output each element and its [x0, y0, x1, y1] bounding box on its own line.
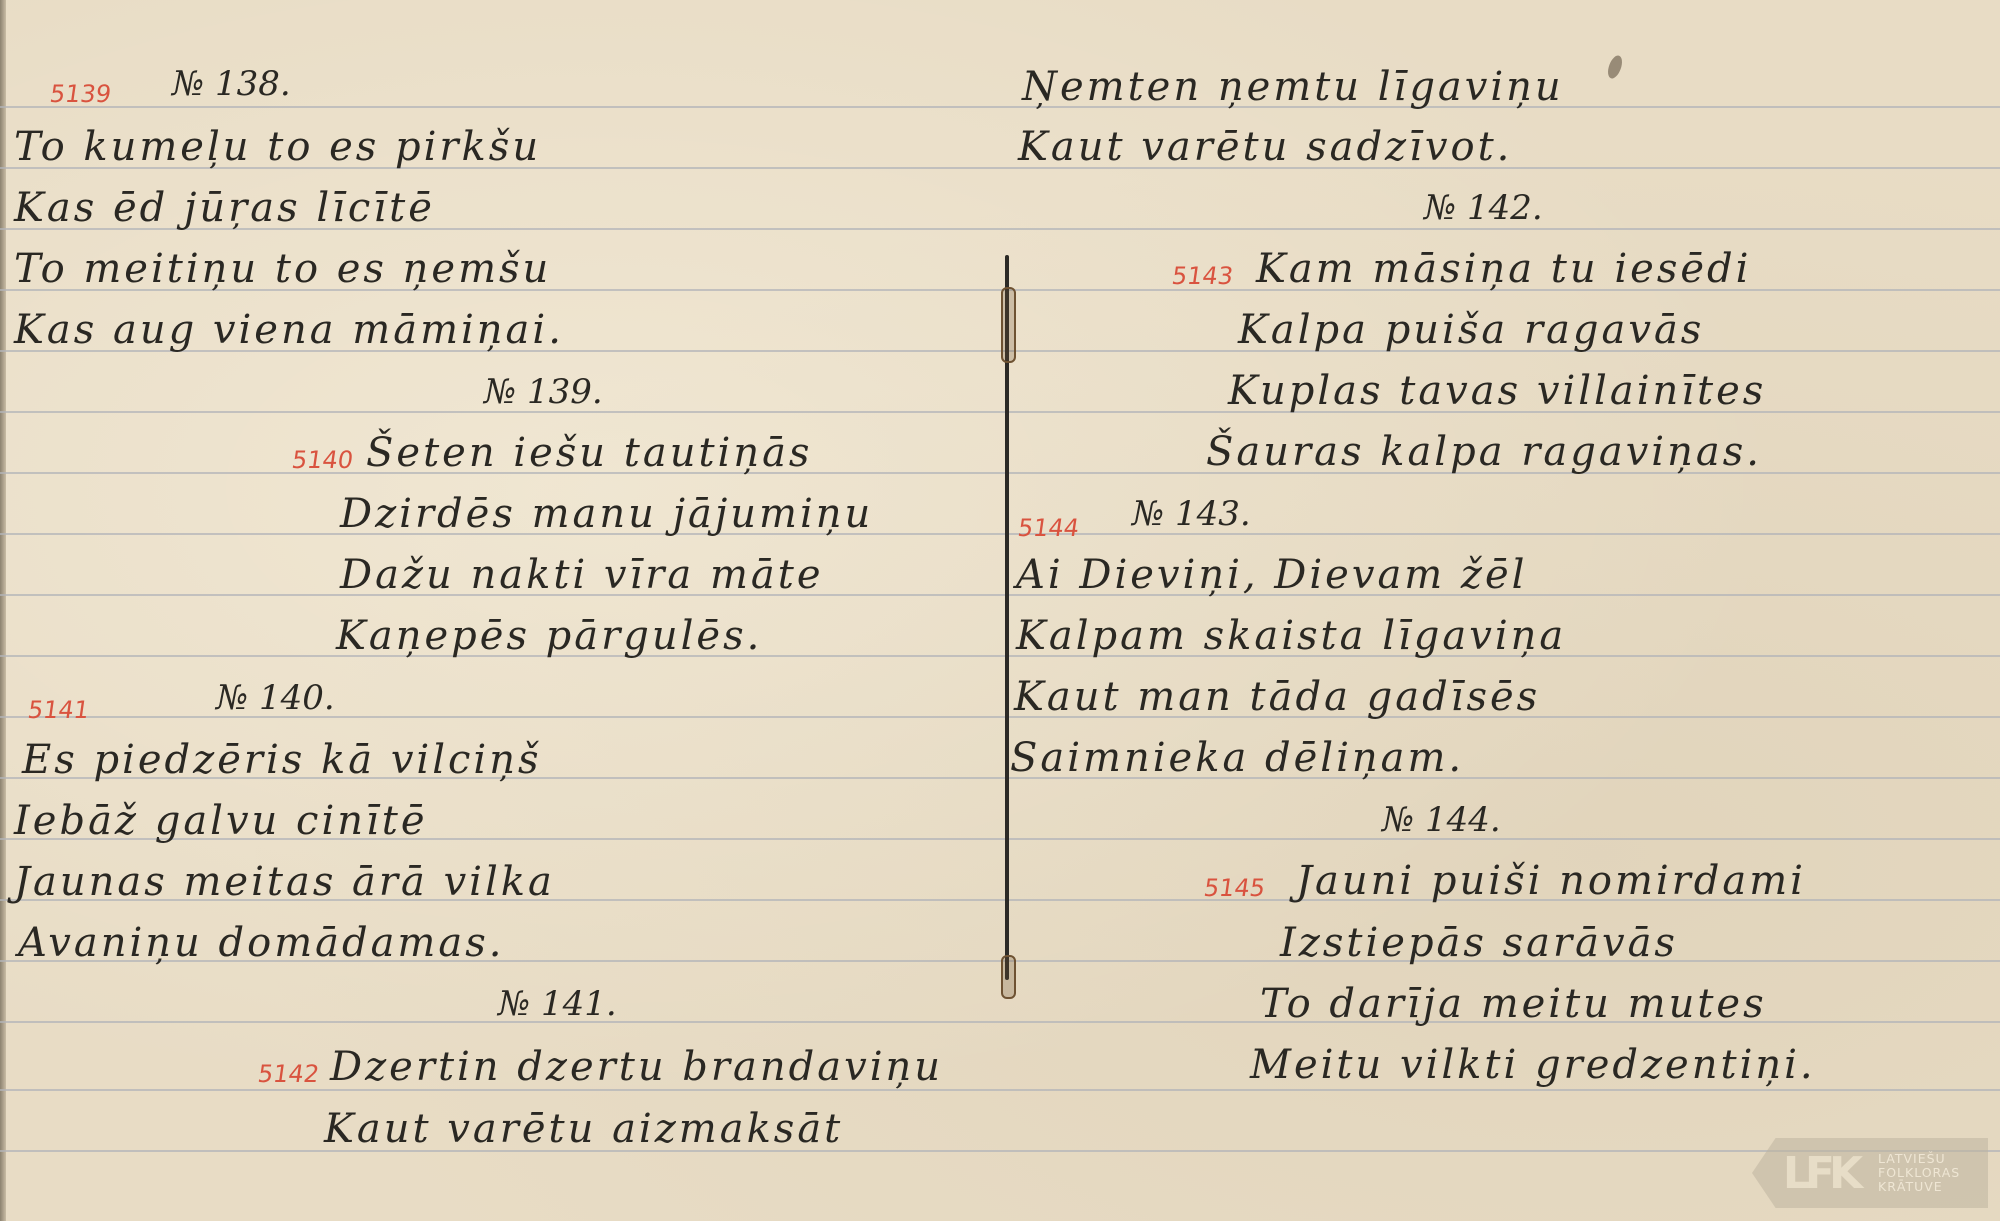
archive-reference-number: 5144	[1016, 514, 1081, 542]
song-number: № 144.	[1382, 800, 1501, 840]
verse-line: Šeten iešu tautiņās	[366, 430, 812, 476]
verse-line: Dažu nakti vīra māte	[340, 552, 824, 598]
verse-line: To kumeļu to es pirkšu	[14, 124, 541, 170]
verse-line: Meitu vilkti gredzentiņi.	[1250, 1042, 1816, 1088]
song-number: № 143.	[1132, 494, 1251, 534]
ruled-line	[0, 655, 2000, 657]
verse-line: Kaut man tāda gadīsēs	[1014, 674, 1540, 720]
verse-line: Ņemten ņemtu līgaviņu	[1022, 64, 1564, 110]
verse-line: Kam māsiņa tu iesēdi	[1256, 246, 1751, 292]
verse-line: Kas aug viena māmiņai.	[14, 307, 564, 353]
song-number: № 140.	[216, 678, 335, 718]
verse-line: Kalpa puiša ragavās	[1238, 307, 1704, 353]
ruled-line	[0, 1150, 2000, 1152]
verse-line: Kas ēd jūŗas līcītē	[14, 185, 435, 231]
ruled-line	[0, 533, 2000, 535]
archive-reference-number: 5141	[26, 696, 91, 724]
verse-line: Kuplas tavas villainītes	[1228, 368, 1766, 414]
song-number: № 141.	[498, 984, 617, 1024]
verse-line: Jauni puiši nomirdami	[1296, 858, 1806, 904]
archive-name-line: LATVIEŠU	[1878, 1152, 1960, 1166]
verse-line: Kaņepēs pārgulēs.	[336, 613, 762, 659]
notebook-paper	[0, 0, 2000, 1221]
verse-line: Izstiepās sarāvās	[1280, 920, 1678, 966]
archive-reference-number: 5143	[1170, 262, 1235, 290]
song-number: № 142.	[1424, 188, 1543, 228]
verse-line: To meitiņu to es ņemšu	[14, 246, 551, 292]
verse-line: Avaniņu domādamas.	[18, 920, 504, 966]
ruled-line	[0, 1089, 2000, 1091]
archive-reference-number: 5142	[256, 1060, 321, 1088]
ruled-line	[0, 106, 2000, 108]
verse-line: Es piedzēris kā vilciņš	[22, 737, 542, 783]
verse-line: Dzirdēs manu jājumiņu	[340, 491, 873, 537]
song-number: № 138.	[172, 64, 291, 104]
verse-line: Saimnieka dēliņam.	[1010, 735, 1464, 781]
binding-stain	[1001, 955, 1016, 999]
archive-name-line: KRĀTUVE	[1878, 1180, 1960, 1194]
verse-line: Kaut varētu aizmaksāt	[324, 1106, 843, 1152]
verse-line: Šauras kalpa ragaviņas.	[1206, 429, 1762, 475]
archive-watermark-logo: LFK LATVIEŠU FOLKLORAS KRĀTUVE	[1752, 1138, 1988, 1208]
archive-name: LATVIEŠU FOLKLORAS KRĀTUVE	[1878, 1152, 1960, 1194]
page-edge	[0, 0, 6, 1221]
archive-reference-number: 5145	[1202, 874, 1267, 902]
verse-line: Iebāž galvu cinītē	[14, 798, 428, 844]
verse-line: Ai Dieviņi, Dievam žēl	[1016, 552, 1527, 598]
archive-reference-number: 5140	[290, 446, 355, 474]
verse-line: To darīja meitu mutes	[1260, 981, 1767, 1027]
verse-line: Kalpam skaista līgaviņa	[1016, 613, 1566, 659]
archive-reference-number: 5139	[48, 80, 113, 108]
notebook-binding-thread	[1005, 255, 1009, 980]
ruled-line	[0, 594, 2000, 596]
binding-stain	[1001, 287, 1016, 363]
verse-line: Dzertin dzertu brandaviņu	[330, 1044, 943, 1090]
verse-line: Kaut varētu sadzīvot.	[1018, 124, 1512, 170]
song-number: № 139.	[484, 372, 603, 412]
archive-name-line: FOLKLORAS	[1878, 1166, 1960, 1180]
lfk-logo-icon: LFK	[1770, 1138, 1870, 1208]
verse-line: Jaunas meitas ārā vilka	[14, 859, 555, 905]
